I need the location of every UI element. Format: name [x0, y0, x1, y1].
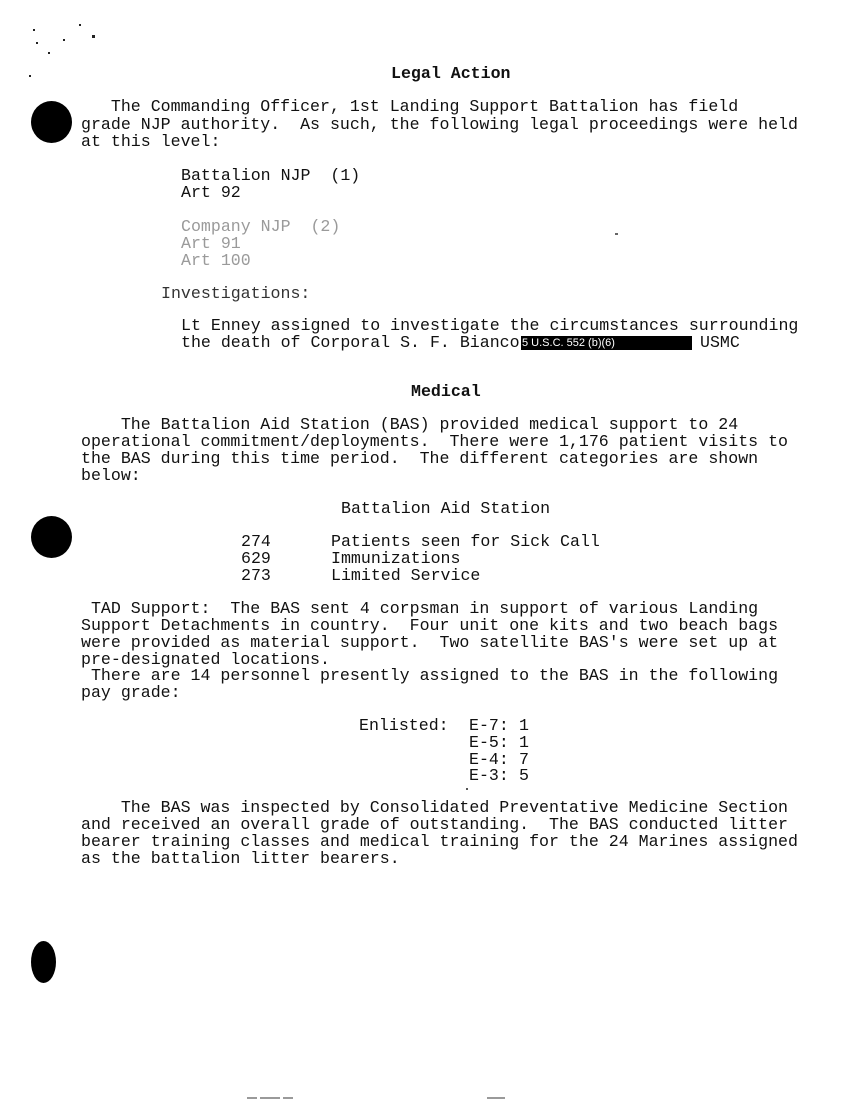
scan-speck	[466, 788, 468, 790]
personnel-label: Enlisted:	[359, 717, 449, 734]
investigation-line: the death of Corporal S. F. Bianco	[181, 334, 520, 351]
bas-row-category: Limited Service	[331, 567, 480, 584]
redaction-box: 5 U.S.C. 552 (b)(6)	[521, 336, 692, 350]
medical-intro-line: The Battalion Aid Station (BAS) provided…	[81, 416, 738, 433]
scan-speck	[63, 39, 65, 41]
scan-speck	[79, 24, 81, 26]
bas-row-count: 273	[241, 567, 271, 584]
pay-grade-count: 1	[519, 717, 529, 734]
scan-speck	[92, 35, 95, 38]
tad-support-line: were provided as material support. Two s…	[81, 634, 778, 651]
tad-support-line: pay grade:	[81, 684, 181, 701]
tad-support-line: TAD Support: The BAS sent 4 corpsman in …	[81, 600, 758, 617]
inspection-line: The BAS was inspected by Consolidated Pr…	[81, 799, 788, 816]
punch-hole-middle	[31, 516, 72, 558]
bas-row-count: 274	[241, 533, 271, 550]
battalion-njp-article: Art 92	[181, 184, 241, 201]
scan-speck	[615, 233, 618, 235]
legal-intro-line: at this level:	[81, 133, 220, 150]
bas-row-count: 629	[241, 550, 271, 567]
inspection-line: bearer training classes and medical trai…	[81, 833, 798, 850]
company-njp-article: Art 91	[181, 235, 241, 252]
tad-support-line: There are 14 personnel presently assigne…	[81, 667, 778, 684]
scan-speck	[48, 52, 50, 54]
scan-speck	[33, 29, 35, 31]
investigations-label: Investigations:	[161, 285, 310, 302]
punch-hole-bottom	[31, 941, 56, 983]
bas-row-category: Immunizations	[331, 550, 460, 567]
pay-grade-count: 1	[519, 734, 529, 751]
bas-table-title: Battalion Aid Station	[341, 500, 550, 517]
legal-intro-line: grade NJP authority. As such, the follow…	[81, 116, 798, 133]
footer-scan-mark	[247, 1097, 257, 1099]
pay-grade: E-3:	[469, 767, 509, 784]
section-heading-medical: Medical	[411, 383, 481, 400]
punch-hole-top	[31, 101, 72, 143]
footer-scan-mark	[260, 1097, 280, 1099]
legal-intro-line: The Commanding Officer, 1st Landing Supp…	[81, 98, 738, 115]
inspection-line: as the battalion litter bearers.	[81, 850, 400, 867]
tad-support-line: Support Detachments in country. Four uni…	[81, 617, 778, 634]
section-heading-legal: Legal Action	[391, 65, 511, 82]
pay-grade: E-5:	[469, 734, 509, 751]
investigation-line: Lt Enney assigned to investigate the cir…	[181, 317, 798, 334]
pay-grade-count: 5	[519, 767, 529, 784]
medical-intro-line: below:	[81, 467, 141, 484]
document-page: Legal Action The Commanding Officer, 1st…	[0, 0, 850, 1107]
footer-scan-mark	[283, 1097, 293, 1099]
bas-row-category: Patients seen for Sick Call	[331, 533, 600, 550]
scan-speck	[36, 42, 38, 44]
company-njp-label: Company NJP (2)	[181, 218, 340, 235]
company-njp-article: Art 100	[181, 252, 251, 269]
inspection-line: and received an overall grade of outstan…	[81, 816, 788, 833]
battalion-njp-label: Battalion NJP (1)	[181, 167, 360, 184]
medical-intro-line: operational commitment/deployments. Ther…	[81, 433, 788, 450]
footer-scan-mark	[487, 1097, 505, 1099]
medical-intro-line: the BAS during this time period. The dif…	[81, 450, 758, 467]
pay-grade: E-7:	[469, 717, 509, 734]
scan-speck	[29, 75, 31, 77]
investigation-suffix: USMC	[700, 334, 740, 351]
